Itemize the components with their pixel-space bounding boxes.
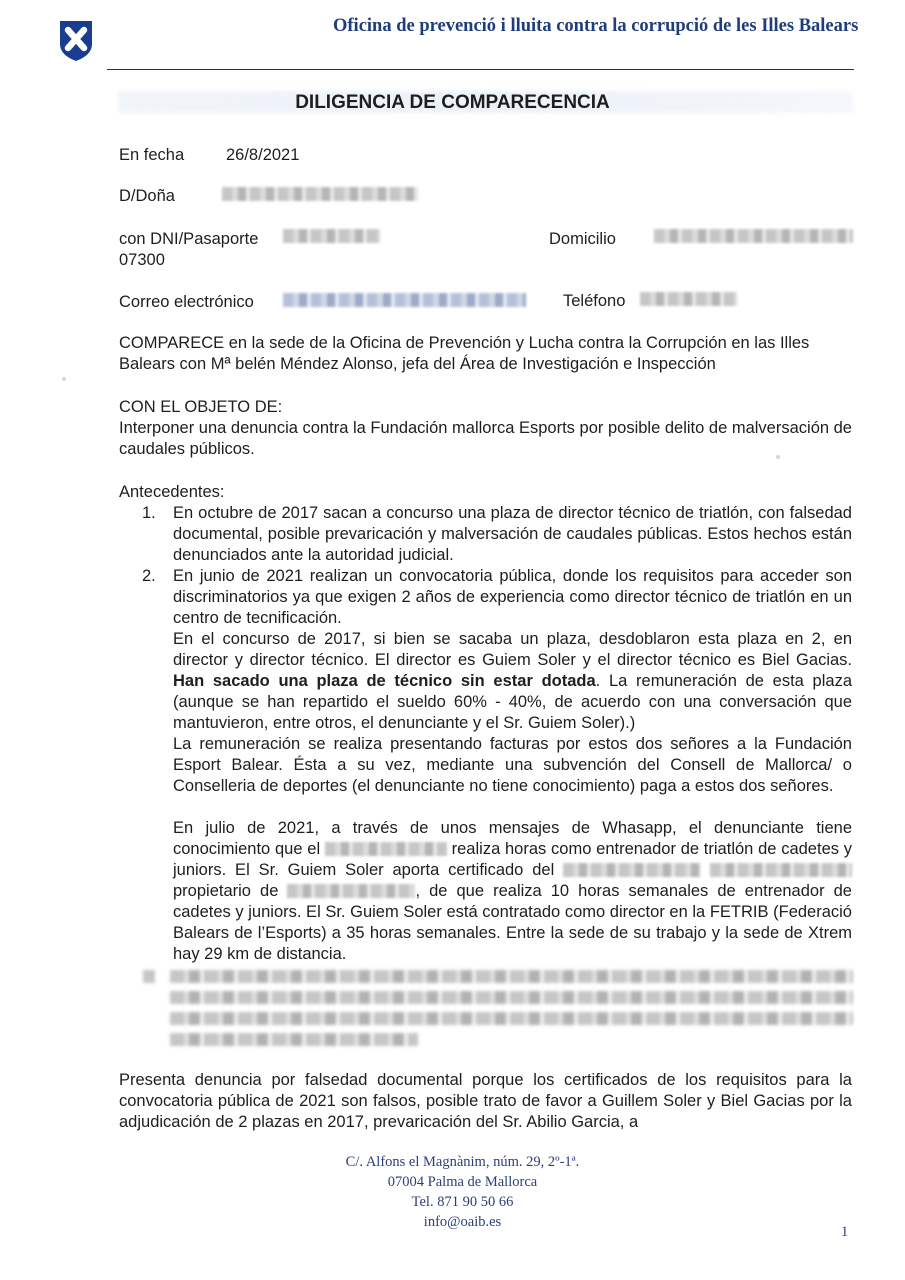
certifier-redacted-2 [710, 863, 852, 877]
list-number: 1. [142, 503, 156, 524]
date-label: En fecha [119, 145, 184, 166]
objeto-text: Interponer una denuncia contra la Fundac… [119, 418, 852, 460]
concurso-emphasis: Han sacado una plaza de técnico sin esta… [173, 672, 596, 690]
remuneracion-paragraph: La remuneración se realiza presentando f… [173, 734, 852, 797]
presenta-paragraph: Presenta denuncia por falsedad documenta… [119, 1070, 852, 1133]
postal-code: 07300 [119, 250, 165, 271]
julio-text-3: propietario de [173, 882, 278, 900]
address-label: Domicilio [549, 229, 616, 250]
name-label: D/Doña [119, 186, 175, 207]
address-redacted [654, 229, 853, 243]
antecedentes-heading: Antecedentes: [119, 482, 852, 503]
footer-address: C/. Alfons el Magnànim, núm. 29, 2º-1ª. [20, 1152, 905, 1172]
list-text: En junio de 2021 realizan un convocatori… [173, 566, 852, 629]
certifier-redacted [563, 863, 701, 877]
date-value: 26/8/2021 [226, 145, 299, 166]
organization-title: Oficina de prevenció i lluita contra la … [333, 15, 863, 55]
person-redacted [325, 842, 447, 856]
footer-phone: Tel. 871 90 50 66 [20, 1192, 905, 1212]
concurso-text-start: En el concurso de 2017, si bien se sacab… [173, 630, 852, 669]
phone-label: Teléfono [563, 291, 625, 312]
list-text: En octubre de 2017 sacan a concurso una … [173, 503, 852, 566]
name-redacted [222, 187, 418, 201]
scan-speck [62, 377, 66, 381]
document-page: Oficina de prevenció i lluita contra la … [0, 0, 905, 1280]
julio-paragraph: En julio de 2021, a través de unos mensa… [173, 818, 852, 965]
list-number: 2. [142, 566, 156, 587]
antecedente-item-1: 1. En octubre de 2017 sacan a concurso u… [144, 503, 852, 566]
email-redacted [283, 293, 526, 307]
email-label: Correo electrónico [119, 292, 254, 313]
business-redacted [287, 884, 415, 898]
dni-label: con DNI/Pasaporte [119, 229, 258, 250]
comparece-paragraph: COMPARECE en la sede de la Oficina de Pr… [119, 333, 852, 375]
document-title: DILIGENCIA DE COMPARECENCIA [0, 92, 905, 114]
antecedente-item-3-redacted [143, 966, 853, 1044]
page-number: 1 [841, 1224, 848, 1241]
scan-speck [776, 455, 780, 459]
footer-email: info@oaib.es [20, 1212, 905, 1232]
footer-address-block: C/. Alfons el Magnànim, núm. 29, 2º-1ª. … [0, 1152, 905, 1232]
header-divider [107, 69, 854, 70]
shield-cross-icon [59, 20, 93, 62]
dni-redacted [283, 229, 380, 243]
concurso-paragraph: En el concurso de 2017, si bien se sacab… [173, 629, 852, 734]
footer-city: 07004 Palma de Mallorca [20, 1172, 905, 1192]
phone-redacted [640, 292, 737, 306]
objeto-heading: CON EL OBJETO DE: [119, 397, 852, 418]
antecedente-item-2: 2. En junio de 2021 realizan un convocat… [144, 566, 852, 629]
